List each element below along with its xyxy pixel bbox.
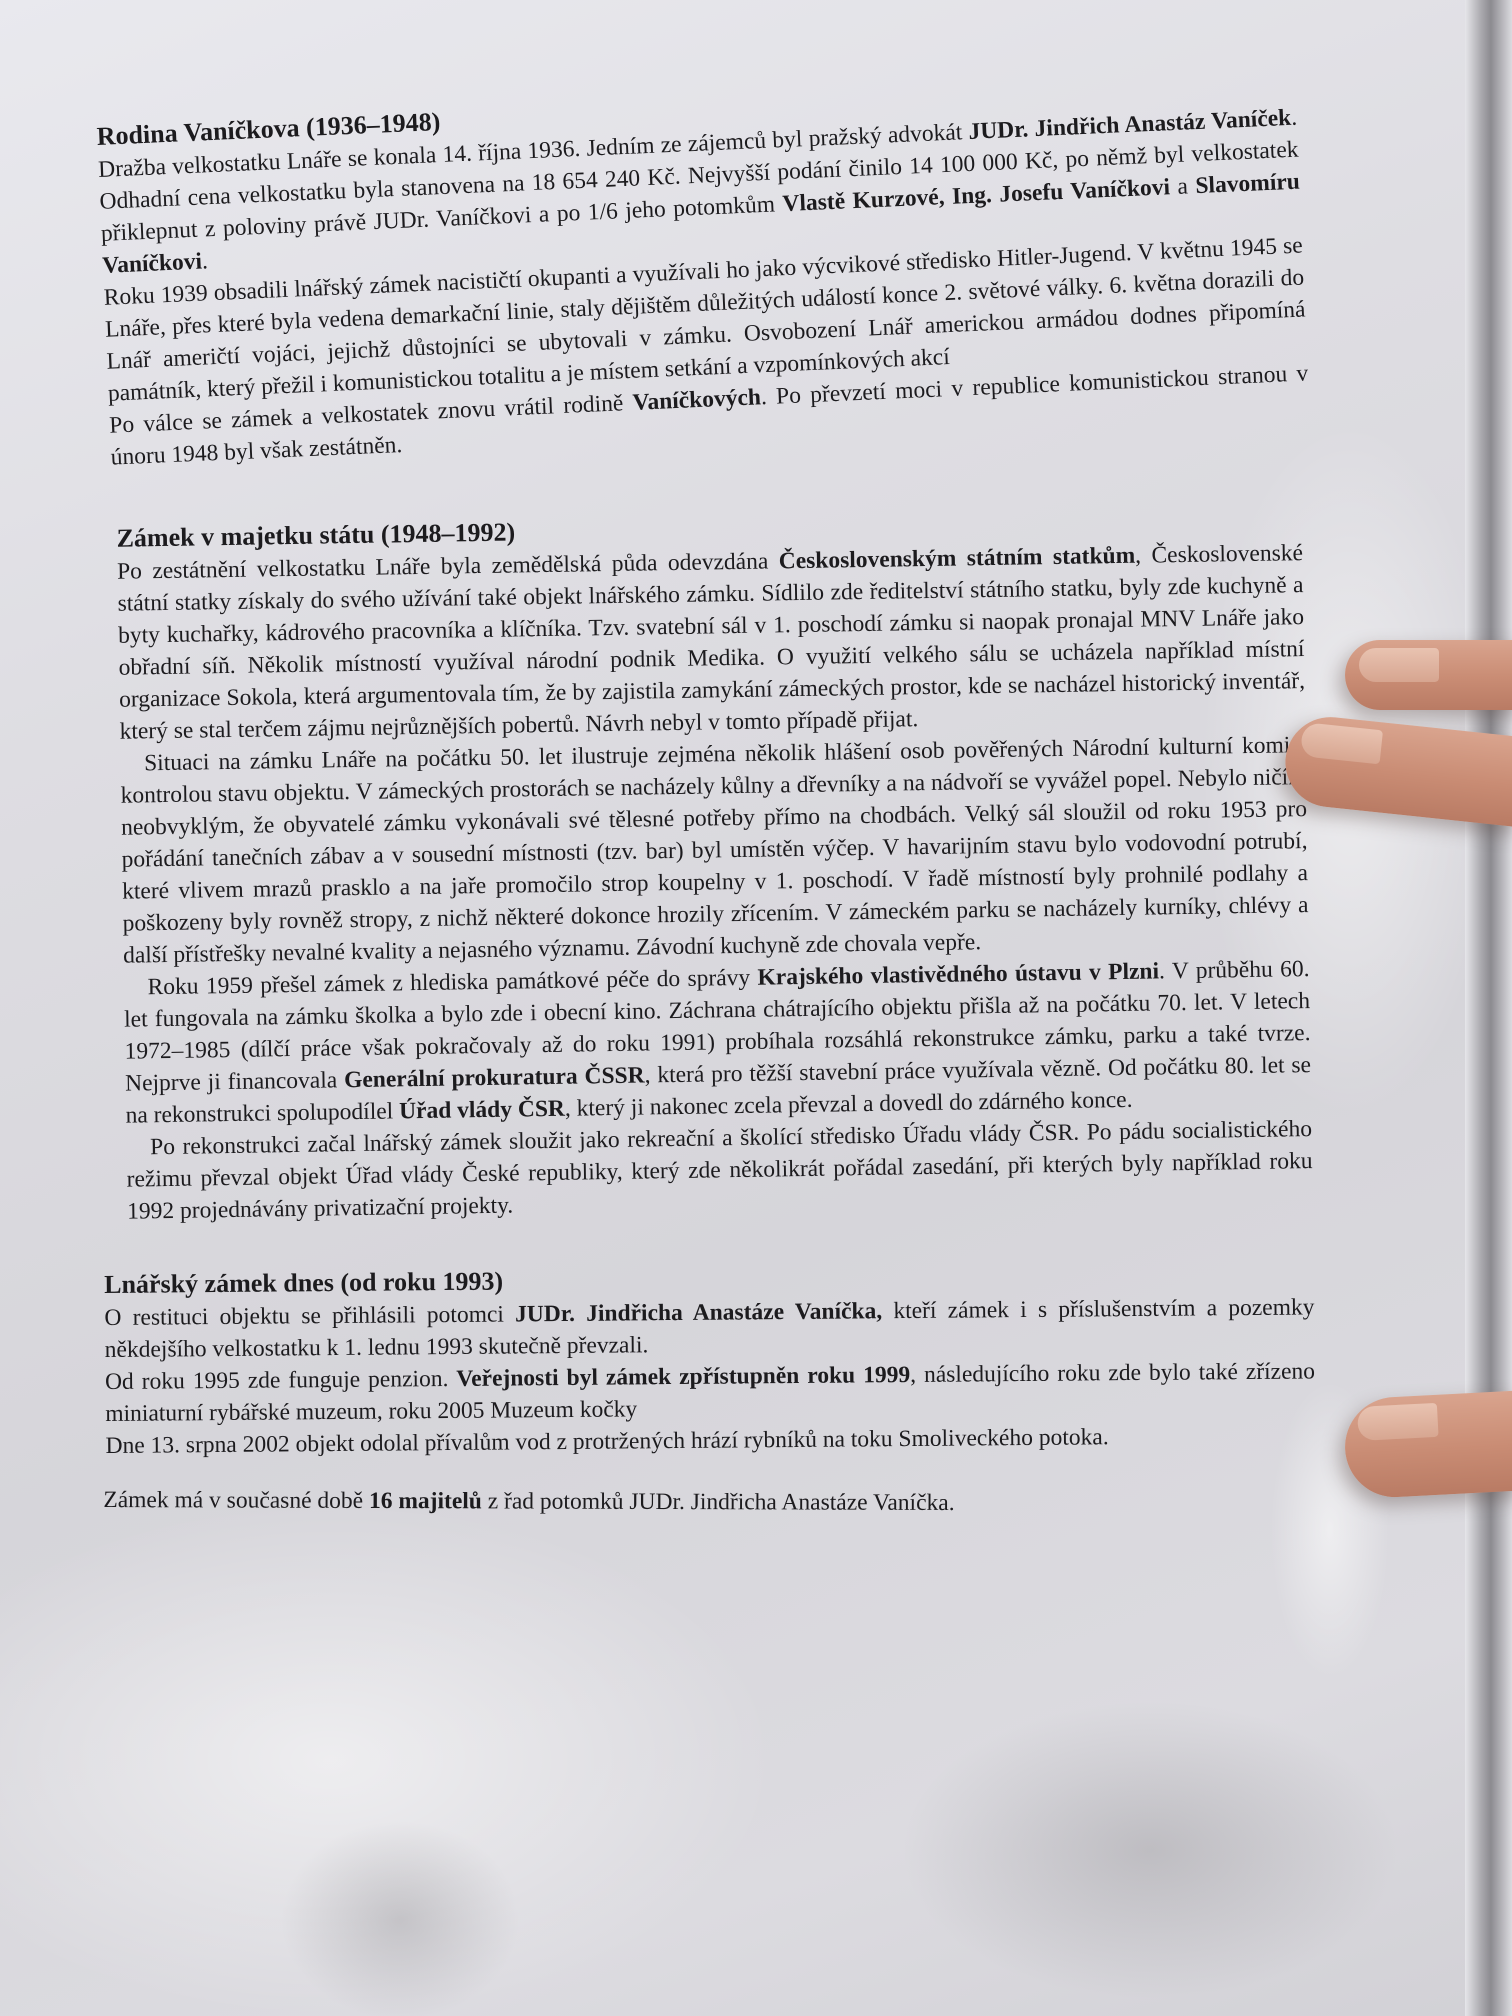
finger (1343, 1390, 1512, 1499)
section-vanicek-family: Rodina Vaníčkova (1936–1948) Dražba velk… (96, 68, 1310, 474)
finger (1345, 640, 1512, 710)
text-run: z řad potomků JUDr. Jindřicha Anastáze V… (482, 1488, 955, 1516)
text-run: a (1169, 173, 1196, 200)
paragraph: Roku 1959 přešel zámek z hlediska památk… (123, 953, 1311, 1132)
section-castle-today: Lnářský zámek dnes (od roku 1993) O rest… (104, 1257, 1316, 1462)
paragraph: Po rekonstrukci začal lnářský zámek slou… (126, 1113, 1313, 1228)
text-run: Situaci na zámku Lnáře na počátku 50. le… (120, 732, 1308, 969)
paragraph: O restituci objektu se přihlásili potomc… (104, 1291, 1315, 1366)
text-run: Zámek má v současné době (103, 1487, 369, 1514)
document-sheet: Rodina Vaníčkova (1936–1948) Dražba velk… (0, 0, 1465, 2016)
document-text: Rodina Vaníčkova (1936–1948) Dražba velk… (96, 101, 1318, 1516)
text-run: Od roku 1995 zde funguje penzion. (105, 1366, 457, 1395)
bold-text: Úřad vlády ČSR (399, 1096, 565, 1125)
bold-text: Vaníčkových (632, 384, 761, 416)
shadow (280, 1820, 520, 2016)
closing-note: Zámek má v současné době 16 majitelů z ř… (103, 1484, 1317, 1520)
plastic-glare (0, 1500, 780, 2016)
text-run: . (201, 248, 208, 274)
paragraph: Situaci na zámku Lnáře na počátku 50. le… (120, 729, 1309, 972)
text-run: Po zestátnění velkostatku Lnáře byla zem… (117, 548, 779, 584)
bold-text: Veřejnosti byl zámek zpřístupněn roku 19… (456, 1362, 910, 1392)
paragraph: Od roku 1995 zde funguje penzion. Veřejn… (105, 1355, 1316, 1430)
bold-text: 16 majitelů (369, 1488, 482, 1514)
bold-text: Československým státním statkům (779, 543, 1136, 575)
bold-text: Krajského vlastivědného ústavu v Plzni (757, 958, 1159, 990)
text-run: Dne 13. srpna 2002 objekt odolal přívalů… (105, 1424, 1108, 1459)
bold-text: JUDr. Jindřicha Anastáze Vaníčka, (515, 1298, 882, 1327)
section-state-property: Zámek v majetku státu (1948–1992) Po zes… (116, 503, 1313, 1228)
bold-text: Generální prokuratura ČSSR (344, 1063, 645, 1094)
binder-edge (1465, 0, 1512, 2016)
text-run: O restituci objektu se přihlásili potomc… (104, 1301, 515, 1331)
shadow (900, 1700, 1400, 2000)
text-run: Roku 1959 přešel zámek z hlediska památk… (147, 965, 757, 1001)
text-run: Po rekonstrukci začal lnářský zámek slou… (126, 1116, 1312, 1225)
paragraph: Po zestátnění velkostatku Lnáře byla zem… (117, 537, 1306, 748)
